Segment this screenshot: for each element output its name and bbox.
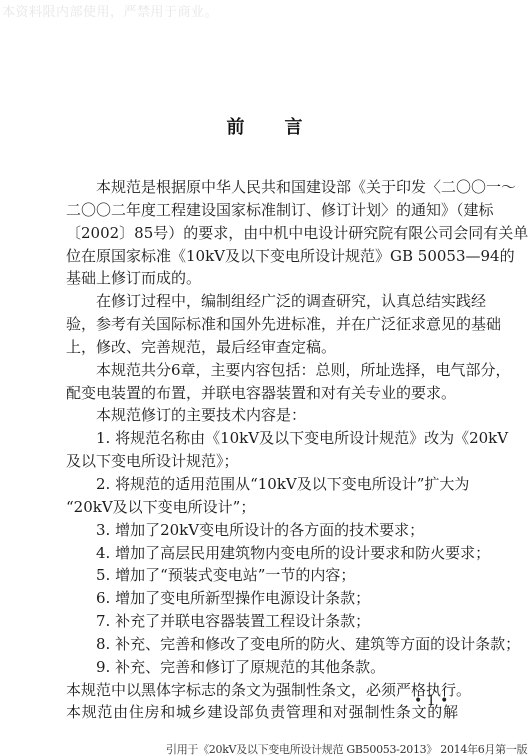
body-line: 6. 增加了变电所新型操作电源设计条款； bbox=[66, 587, 458, 610]
body-line: 验，参考有关国际标准和国外先进标准，并在广泛征求意见的基础 bbox=[66, 313, 458, 336]
body-line: 上，修改、完善规范，最后经审查定稿。 bbox=[66, 336, 458, 359]
body-line: 及以下变电所设计规范》； bbox=[66, 450, 458, 473]
title-char-1: 前 bbox=[227, 113, 245, 139]
citation-footer: 引用于《20kV及以下变电所设计规范 GB50053-2013》 2014年6月… bbox=[166, 741, 529, 756]
page-number: • 1 • bbox=[414, 693, 448, 709]
body-line: “20kV及以下变电所设计”； bbox=[66, 496, 458, 519]
body-line: 3. 增加了20kV变电所设计的各方面的技术要求； bbox=[66, 519, 458, 542]
body-line: 位在原国家标准《10kV及以下变电所设计规范》GB 50053—94的 bbox=[66, 245, 458, 268]
page-title: 前言 bbox=[0, 113, 529, 139]
body-line: 本规范由住房和城乡建设部负责管理和对强制性条文的解 bbox=[66, 701, 458, 724]
body-line: 基础上修订而成的。 bbox=[66, 267, 458, 290]
body-line: 本规范修订的主要技术内容是： bbox=[66, 404, 458, 427]
body-line: 2. 将规范的适用范围从“10kV及以下变电所设计”扩大为 bbox=[66, 473, 458, 496]
body-line: 本规范共分6章，主要内容包括：总则，所址选择，电气部分， bbox=[66, 359, 458, 382]
body-line: 8. 补充、完善和修改了变电所的防火、建筑等方面的设计条款； bbox=[66, 633, 458, 656]
title-char-2: 言 bbox=[285, 113, 303, 139]
body-line: 二〇〇二年度工程建设国家标准制订、修订计划〉的通知》（建标 bbox=[66, 199, 458, 222]
body-line: 本规范中以黑体字标志的条文为强制性条文，必须严格执行。 bbox=[66, 679, 458, 702]
body-line: 7. 补充了并联电容器装置工程设计条款； bbox=[66, 610, 458, 633]
preface-body: 本规范是根据原中华人民共和国建设部《关于印发〈二〇〇一～ 二〇〇二年度工程建设国… bbox=[66, 176, 458, 724]
body-line: 9. 补充、完善和修订了原规范的其他条款。 bbox=[66, 656, 458, 679]
body-line: 在修订过程中，编制组经广泛的调查研究，认真总结实践经 bbox=[66, 290, 458, 313]
body-line: 5. 增加了“预装式变电站”一节的内容； bbox=[66, 564, 458, 587]
watermark-text: 本资料限内部使用，严禁用于商业。 bbox=[2, 1, 218, 20]
body-line: 配变电装置的布置，并联电容器装置和对有关专业的要求。 bbox=[66, 382, 458, 405]
body-line: 4. 增加了高层民用建筑物内变电所的设计要求和防火要求； bbox=[66, 542, 458, 565]
body-line: 〔2002〕85号）的要求，由中机中电设计研究院有限公司会同有关单 bbox=[66, 222, 458, 245]
body-line: 1. 将规范名称由《10kV及以下变电所设计规范》改为《20kV bbox=[66, 427, 458, 450]
body-line: 本规范是根据原中华人民共和国建设部《关于印发〈二〇〇一～ bbox=[66, 176, 458, 199]
